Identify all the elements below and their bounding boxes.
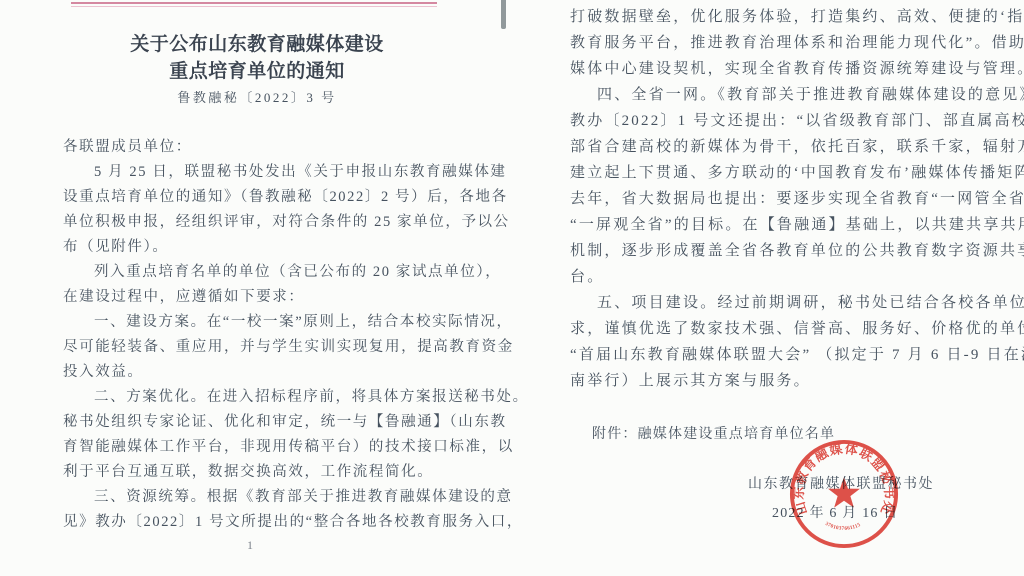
text-line: 求，谨慎优选了数家技术强、信誉高、服务好、价格优的单位在 (570, 316, 1022, 342)
right-page-body: 打破数据壁垒，优化服务体验，打造集约、高效、便捷的‘指尖’教育服务平台，推进教育… (570, 4, 1022, 394)
header-rule-line-1 (71, 2, 437, 4)
seal-star-icon (828, 477, 860, 507)
text-line: 在建设过程中，应遵循如下要求： (63, 285, 475, 310)
text-line: 机制，逐步形成覆盖全省各教育单位的公共教育数字资源共享平 (570, 238, 1022, 264)
seal-code-text: 3701037661115 (824, 521, 862, 532)
text-line: 尽可能轻装备、重应用，并与学生实训实现复用，提高教育资金 (63, 335, 475, 360)
text-line: 南举行）上展示其方案与服务。 (570, 368, 1022, 394)
text-line: 列入重点培育名单的单位（含已公布的 20 家试点单位）， (63, 260, 475, 285)
text-line: 布（见附件）。 (63, 235, 475, 260)
text-line: 投入效益。 (63, 360, 475, 385)
text-line: 部省合建高校的新媒体为骨干，依托百家，联系千家，辐射万家， (570, 134, 1022, 160)
left-page-body: 各联盟成员单位：5 月 25 日，联盟秘书处发出《关于申报山东教育融媒体建设重点… (63, 135, 475, 535)
text-line: 二、方案优化。在进入招标程序前，将具体方案报送秘书处。 (63, 385, 475, 410)
scanned-notice-document: 关于公布山东教育融媒体建设 重点培育单位的通知 鲁教融秘〔2022〕3 号 各联… (0, 0, 1024, 576)
text-line: 台。 (570, 264, 1022, 290)
page-divider-mark (501, 0, 506, 29)
notice-title-line-1: 关于公布山东教育融媒体建设 (43, 31, 471, 58)
page-number: 1 (120, 538, 380, 553)
header-rule (71, 2, 437, 8)
notice-title: 关于公布山东教育融媒体建设 重点培育单位的通知 (43, 31, 471, 85)
official-red-seal: 山东教育融媒体联盟秘书处 3701037661115 (788, 437, 900, 551)
text-line: 媒体中心建设契机，实现全省教育传播资源统筹建设与管理。 (570, 56, 1022, 82)
svg-text:3701037661115: 3701037661115 (824, 521, 862, 532)
document-number: 鲁教融秘〔2022〕3 号 (43, 87, 471, 106)
text-line: 打破数据壁垒，优化服务体验，打造集约、高效、便捷的‘指尖’ (570, 4, 1022, 30)
text-line: “首届山东教育融媒体联盟大会” （拟定于 7 月 6 日-9 日在济 (570, 342, 1022, 368)
text-line: 去年，省大数据局也提出：要逐步实现全省教育“一网管全省”、 (570, 186, 1022, 212)
text-line: 四、全省一网。《教育部关于推进教育融媒体建设的意见》 (570, 82, 1022, 108)
text-line: 秘书处组织专家论证、优化和审定，统一与【鲁融通】（山东教 (63, 410, 475, 435)
text-line: 教育服务平台，推进教育治理体系和治理能力现代化”。借助融 (570, 30, 1022, 56)
text-line: 三、资源统筹。根据《教育部关于推进教育融媒体建设的意 (63, 485, 475, 510)
notice-title-line-2: 重点培育单位的通知 (43, 58, 471, 85)
text-line: 利于平台互通互联，数据交换高效，工作流程简化。 (63, 460, 475, 485)
text-line: 育智能融媒体工作平台，非现用传稿平台）的技术接口标准，以 (63, 435, 475, 460)
text-line: 五、项目建设。经过前期调研，秘书处已结合各校各单位需 (570, 290, 1022, 316)
header-rule-line-2 (71, 6, 437, 7)
text-line: 5 月 25 日，联盟秘书处发出《关于申报山东教育融媒体建 (63, 160, 475, 185)
text-line: 单位积极申报，经组织评审，对符合条件的 25 家单位，予以公 (63, 210, 475, 235)
text-line: 一、建设方案。在“一校一案”原则上，结合本校实际情况， (63, 310, 475, 335)
text-line: 各联盟成员单位： (63, 135, 475, 160)
text-line: 教办〔2022〕1 号文还提出：“以省级教育部门、部直属高校、 (570, 108, 1022, 134)
text-line: 设重点培育单位的通知》（鲁教融秘〔2022〕2 号）后，各地各 (63, 185, 475, 210)
text-line: “一屏观全省”的目标。在【鲁融通】基础上，以共建共享共用 (570, 212, 1022, 238)
text-line: 见》教办〔2022〕1 号文所提出的“整合各地各校教育服务入口， (63, 510, 475, 535)
text-line: 建立起上下贯通、多方联动的‘中国教育发布’融媒体传播矩阵”。 (570, 160, 1022, 186)
